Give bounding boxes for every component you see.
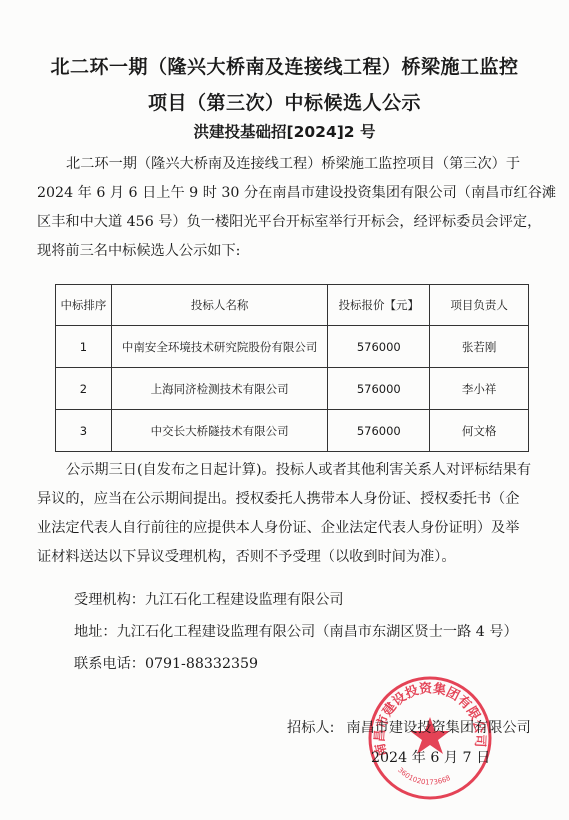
table-header-row: 中标排序 投标人名称 投标报价【元】 项目负责人 [56,285,529,326]
cell-price: 576000 [328,368,430,410]
intro-line: 区丰和中大道 456 号）负一楼阳光平台开标室举行开标会，经评标委员会评定， [37,208,532,237]
document-title-line-2: 项目（第三次）中标候选人公示 [0,88,569,115]
contact-phone: 联系电话：0791-88332359 [74,653,258,673]
intro-paragraph: 北二环一期（隆兴大桥南及连接线工程）桥梁施工监控项目（第三次）于 2024 年 … [37,150,532,266]
table-row: 3 中交长大桥隧技术有限公司 576000 何文格 [56,410,529,452]
header-manager: 项目负责人 [430,285,529,326]
table-row: 1 中南安全环境技术研究院股份有限公司 576000 张若刚 [56,326,529,368]
cell-manager: 李小祥 [430,368,529,410]
cell-bidder: 上海同济检测技术有限公司 [111,368,327,410]
intro-line: 2024 年 6 月 6 日上午 9 时 30 分在南昌市建设投资集团有限公司（… [37,179,532,208]
intro-line: 北二环一期（隆兴大桥南及连接线工程）桥梁施工监控项目（第三次）于 [37,150,532,179]
agency-address: 地址：九江石化工程建设监理有限公司（南昌市东湖区贤士一路 4 号） [74,621,518,641]
cell-manager: 何文格 [430,410,529,452]
candidates-table: 中标排序 投标人名称 投标报价【元】 项目负责人 1 中南安全环境技术研究院股份… [55,284,529,452]
cell-rank: 1 [56,326,112,368]
notice-line: 异议的，应当在公示期间提出。授权委托人携带本人身份证、授权委托书（企 [37,485,532,514]
cell-rank: 2 [56,368,112,410]
document-title-line-1: 北二环一期（隆兴大桥南及连接线工程）桥梁施工监控 [0,52,569,79]
tenderer-signature: 招标人:南昌市建设投资集团有限公司 [287,717,531,737]
cell-price: 576000 [328,326,430,368]
header-price: 投标报价【元】 [328,285,430,326]
header-rank: 中标排序 [56,285,112,326]
document-number: 洪建投基础招[2024]2 号 [0,120,569,142]
notice-line: 业法定代表人自行前往的应提供本人身份证、企业法定代表人身份证明）及举 [37,514,532,543]
cell-price: 576000 [328,410,430,452]
table-row: 2 上海同济检测技术有限公司 576000 李小祥 [56,368,529,410]
tenderer-name: 南昌市建设投资集团有限公司 [346,720,530,736]
notice-line: 公示期三日(自发布之日起计算)。投标人或者其他利害关系人对评标结果有 [37,456,532,485]
objection-agency: 受理机构：九江石化工程建设监理有限公司 [74,589,344,609]
notice-paragraph: 公示期三日(自发布之日起计算)。投标人或者其他利害关系人对评标结果有 异议的，应… [37,456,532,572]
cell-rank: 3 [56,410,112,452]
cell-manager: 张若刚 [430,326,529,368]
cell-bidder: 中交长大桥隧技术有限公司 [111,410,327,452]
signature-date: 2024 年 6 月 7 日 [371,747,490,767]
cell-bidder: 中南安全环境技术研究院股份有限公司 [111,326,327,368]
tenderer-label: 招标人: [287,720,334,736]
intro-line: 现将前三名中标候选人公示如下: [37,237,532,266]
svg-text:3601020173668: 3601020173668 [396,766,452,787]
official-seal-icon: 南昌市建设投资集团有限公司 3601020173668 [367,675,493,801]
seal-code-text: 3601020173668 [396,766,452,787]
header-bidder: 投标人名称 [111,285,327,326]
notice-line: 证材料送达以下异议受理机构，否则不予受理（以收到时间为准）。 [37,543,532,572]
